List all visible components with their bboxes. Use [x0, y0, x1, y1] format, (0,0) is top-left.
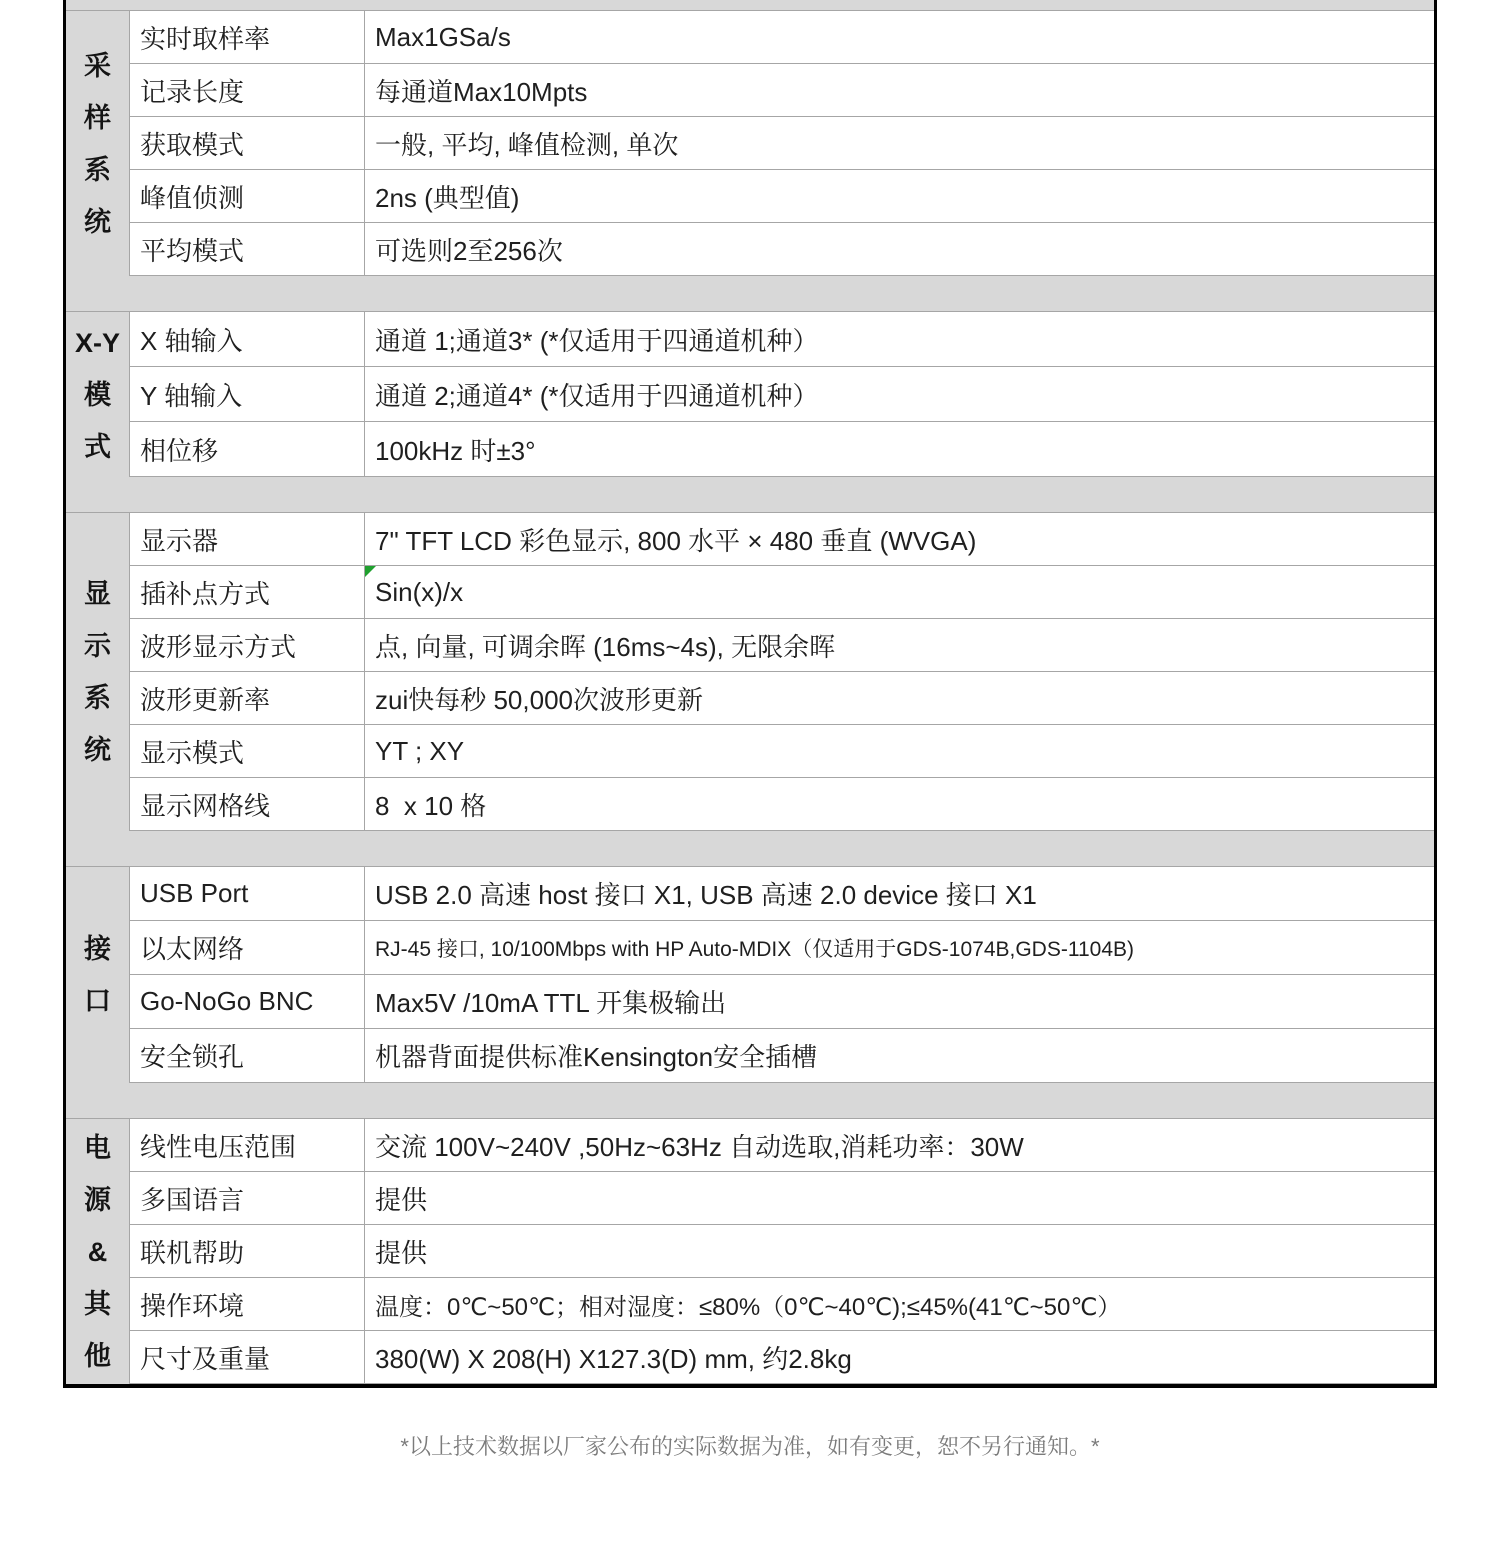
spec-value: YT ; XY	[365, 725, 1434, 777]
spec-value: 每通道Max10Mpts	[365, 64, 1434, 116]
spec-value: Sin(x)/x	[365, 566, 1434, 618]
table-row: 以太网络 RJ-45 接口, 10/100Mbps with HP Auto-M…	[130, 921, 1434, 975]
section-label-line: 源	[84, 1174, 111, 1226]
spec-table: 采 样 系 统 实时取样率 Max1GSa/s 记录长度 每通道Max10Mpt…	[63, 0, 1437, 1388]
section-rows: 线性电压范围 交流 100V~240V ,50Hz~63Hz 自动选取,消耗功率…	[130, 1119, 1434, 1384]
section-label-line: 电	[84, 1122, 111, 1174]
spec-value: 机器背面提供标准Kensington安全插槽	[365, 1029, 1434, 1082]
spec-value: 温度：0℃~50℃；相对湿度：≤80%（0℃~40℃);≤45%(41℃~50℃…	[365, 1278, 1434, 1330]
section-sampling-system: 采 样 系 统 实时取样率 Max1GSa/s 记录长度 每通道Max10Mpt…	[66, 11, 1434, 276]
section-label-line: 他	[84, 1330, 111, 1382]
table-row: 安全锁孔 机器背面提供标准Kensington安全插槽	[130, 1029, 1434, 1083]
table-row: 线性电压范围 交流 100V~240V ,50Hz~63Hz 自动选取,消耗功率…	[130, 1119, 1434, 1172]
section-label-power-other: 电 源 & 其 他	[66, 1119, 130, 1384]
section-label-line: 统	[84, 196, 111, 248]
section-rows: 显示器 7" TFT LCD 彩色显示, 800 水平 × 480 垂直 (WV…	[130, 513, 1434, 831]
spec-value: 通道 1;通道3* (*仅适用于四通道机种）	[365, 312, 1434, 366]
spec-value: 一般, 平均, 峰值检测, 单次	[365, 117, 1434, 169]
spec-name: 显示网格线	[130, 778, 365, 830]
spec-name: 显示模式	[130, 725, 365, 777]
table-row: 平均模式 可选则2至256次	[130, 223, 1434, 276]
spec-name: 插补点方式	[130, 566, 365, 618]
spec-name: 记录长度	[130, 64, 365, 116]
section-label-interface: 接 口	[66, 867, 130, 1083]
table-row: 显示器 7" TFT LCD 彩色显示, 800 水平 × 480 垂直 (WV…	[130, 513, 1434, 566]
section-label-xy-mode: X-Y 模 式	[66, 312, 130, 477]
spec-name: 显示器	[130, 513, 365, 565]
spec-value: Max5V /10mA TTL 开集极输出	[365, 975, 1434, 1028]
section-label-line: 统	[84, 724, 111, 776]
table-row: 获取模式 一般, 平均, 峰值检测, 单次	[130, 117, 1434, 170]
table-row: X 轴输入 通道 1;通道3* (*仅适用于四通道机种）	[130, 312, 1434, 367]
section-label-line: &	[88, 1226, 108, 1278]
footer-disclaimer: *以上技术数据以厂家公布的实际数据为准，如有变更，恕不另行通知。*	[0, 1430, 1500, 1461]
section-label-line: 系	[84, 144, 111, 196]
table-row: 记录长度 每通道Max10Mpts	[130, 64, 1434, 117]
spec-name: 实时取样率	[130, 11, 365, 63]
spec-name: Go-NoGo BNC	[130, 975, 365, 1028]
spec-value-text: Sin(x)/x	[375, 577, 463, 608]
spec-value: 提供	[365, 1225, 1434, 1277]
spec-name: 联机帮助	[130, 1225, 365, 1277]
table-row: 尺寸及重量 380(W) X 208(H) X127.3(D) mm, 约2.8…	[130, 1331, 1434, 1384]
table-row: 操作环境 温度：0℃~50℃；相对湿度：≤80%（0℃~40℃);≤45%(41…	[130, 1278, 1434, 1331]
section-interface: 接 口 USB Port USB 2.0 高速 host 接口 X1, USB …	[66, 867, 1434, 1083]
section-label-line: 显	[84, 568, 111, 620]
spec-value: Max1GSa/s	[365, 11, 1434, 63]
separator-strip	[66, 831, 1434, 867]
spec-value: 7" TFT LCD 彩色显示, 800 水平 × 480 垂直 (WVGA)	[365, 513, 1434, 565]
spec-name: 多国语言	[130, 1172, 365, 1224]
spec-value: RJ-45 接口, 10/100Mbps with HP Auto-MDIX（仅…	[365, 921, 1434, 974]
table-row: 显示网格线 8 x 10 格	[130, 778, 1434, 831]
table-row: Go-NoGo BNC Max5V /10mA TTL 开集极输出	[130, 975, 1434, 1029]
table-row: 联机帮助 提供	[130, 1225, 1434, 1278]
separator-strip-top	[66, 0, 1434, 11]
section-label-line: 其	[84, 1278, 111, 1330]
section-label-line: 样	[84, 92, 111, 144]
section-display-system: 显 示 系 统 显示器 7" TFT LCD 彩色显示, 800 水平 × 48…	[66, 513, 1434, 831]
spec-value: 380(W) X 208(H) X127.3(D) mm, 约2.8kg	[365, 1331, 1434, 1383]
section-label-line: X-Y	[75, 317, 120, 369]
spec-name: 操作环境	[130, 1278, 365, 1330]
separator-strip	[66, 477, 1434, 513]
separator-strip	[66, 276, 1434, 312]
spec-name: 相位移	[130, 422, 365, 476]
section-rows: X 轴输入 通道 1;通道3* (*仅适用于四通道机种） Y 轴输入 通道 2;…	[130, 312, 1434, 477]
spec-name: 安全锁孔	[130, 1029, 365, 1082]
section-label-line: 接	[84, 923, 111, 975]
spec-name: 平均模式	[130, 223, 365, 275]
spec-value: 通道 2;通道4* (*仅适用于四通道机种）	[365, 367, 1434, 421]
spec-name: Y 轴输入	[130, 367, 365, 421]
table-row: 多国语言 提供	[130, 1172, 1434, 1225]
section-label-sampling: 采 样 系 统	[66, 11, 130, 276]
spec-name: X 轴输入	[130, 312, 365, 366]
section-power-other: 电 源 & 其 他 线性电压范围 交流 100V~240V ,50Hz~63Hz…	[66, 1119, 1434, 1384]
spec-name: 获取模式	[130, 117, 365, 169]
spec-value: 提供	[365, 1172, 1434, 1224]
spec-name: 波形显示方式	[130, 619, 365, 671]
table-row: 波形更新率 zui快每秒 50,000次波形更新	[130, 672, 1434, 725]
section-label-line: 口	[84, 975, 111, 1027]
section-label-line: 模	[84, 369, 111, 421]
section-rows: 实时取样率 Max1GSa/s 记录长度 每通道Max10Mpts 获取模式 一…	[130, 11, 1434, 276]
spec-value: 交流 100V~240V ,50Hz~63Hz 自动选取,消耗功率：30W	[365, 1119, 1434, 1171]
table-row: 显示模式 YT ; XY	[130, 725, 1434, 778]
table-row: 相位移 100kHz 时±3°	[130, 422, 1434, 477]
spec-name: 峰值侦测	[130, 170, 365, 222]
spec-value: 8 x 10 格	[365, 778, 1434, 830]
spec-value: 点, 向量, 可调余晖 (16ms~4s), 无限余晖	[365, 619, 1434, 671]
section-rows: USB Port USB 2.0 高速 host 接口 X1, USB 高速 2…	[130, 867, 1434, 1083]
separator-strip	[66, 1083, 1434, 1119]
table-row: 实时取样率 Max1GSa/s	[130, 11, 1434, 64]
spec-name: 尺寸及重量	[130, 1331, 365, 1383]
section-label-line: 采	[84, 40, 111, 92]
spec-value: USB 2.0 高速 host 接口 X1, USB 高速 2.0 device…	[365, 867, 1434, 920]
spec-name: 线性电压范围	[130, 1119, 365, 1171]
section-label-line: 系	[84, 672, 111, 724]
spec-value: 可选则2至256次	[365, 223, 1434, 275]
section-label-display: 显 示 系 统	[66, 513, 130, 831]
spec-value: 2ns (典型值)	[365, 170, 1434, 222]
spec-value: 100kHz 时±3°	[365, 422, 1434, 476]
spec-name: 以太网络	[130, 921, 365, 974]
table-row: 峰值侦测 2ns (典型值)	[130, 170, 1434, 223]
spec-name: USB Port	[130, 867, 365, 920]
spec-name: 波形更新率	[130, 672, 365, 724]
section-label-line: 示	[84, 620, 111, 672]
table-row: 波形显示方式 点, 向量, 可调余晖 (16ms~4s), 无限余晖	[130, 619, 1434, 672]
table-row: 插补点方式 Sin(x)/x	[130, 566, 1434, 619]
green-corner-marker-icon	[365, 566, 376, 577]
section-xy-mode: X-Y 模 式 X 轴输入 通道 1;通道3* (*仅适用于四通道机种） Y 轴…	[66, 312, 1434, 477]
table-row: Y 轴输入 通道 2;通道4* (*仅适用于四通道机种）	[130, 367, 1434, 422]
spec-value: zui快每秒 50,000次波形更新	[365, 672, 1434, 724]
table-row: USB Port USB 2.0 高速 host 接口 X1, USB 高速 2…	[130, 867, 1434, 921]
section-label-line: 式	[84, 421, 111, 473]
